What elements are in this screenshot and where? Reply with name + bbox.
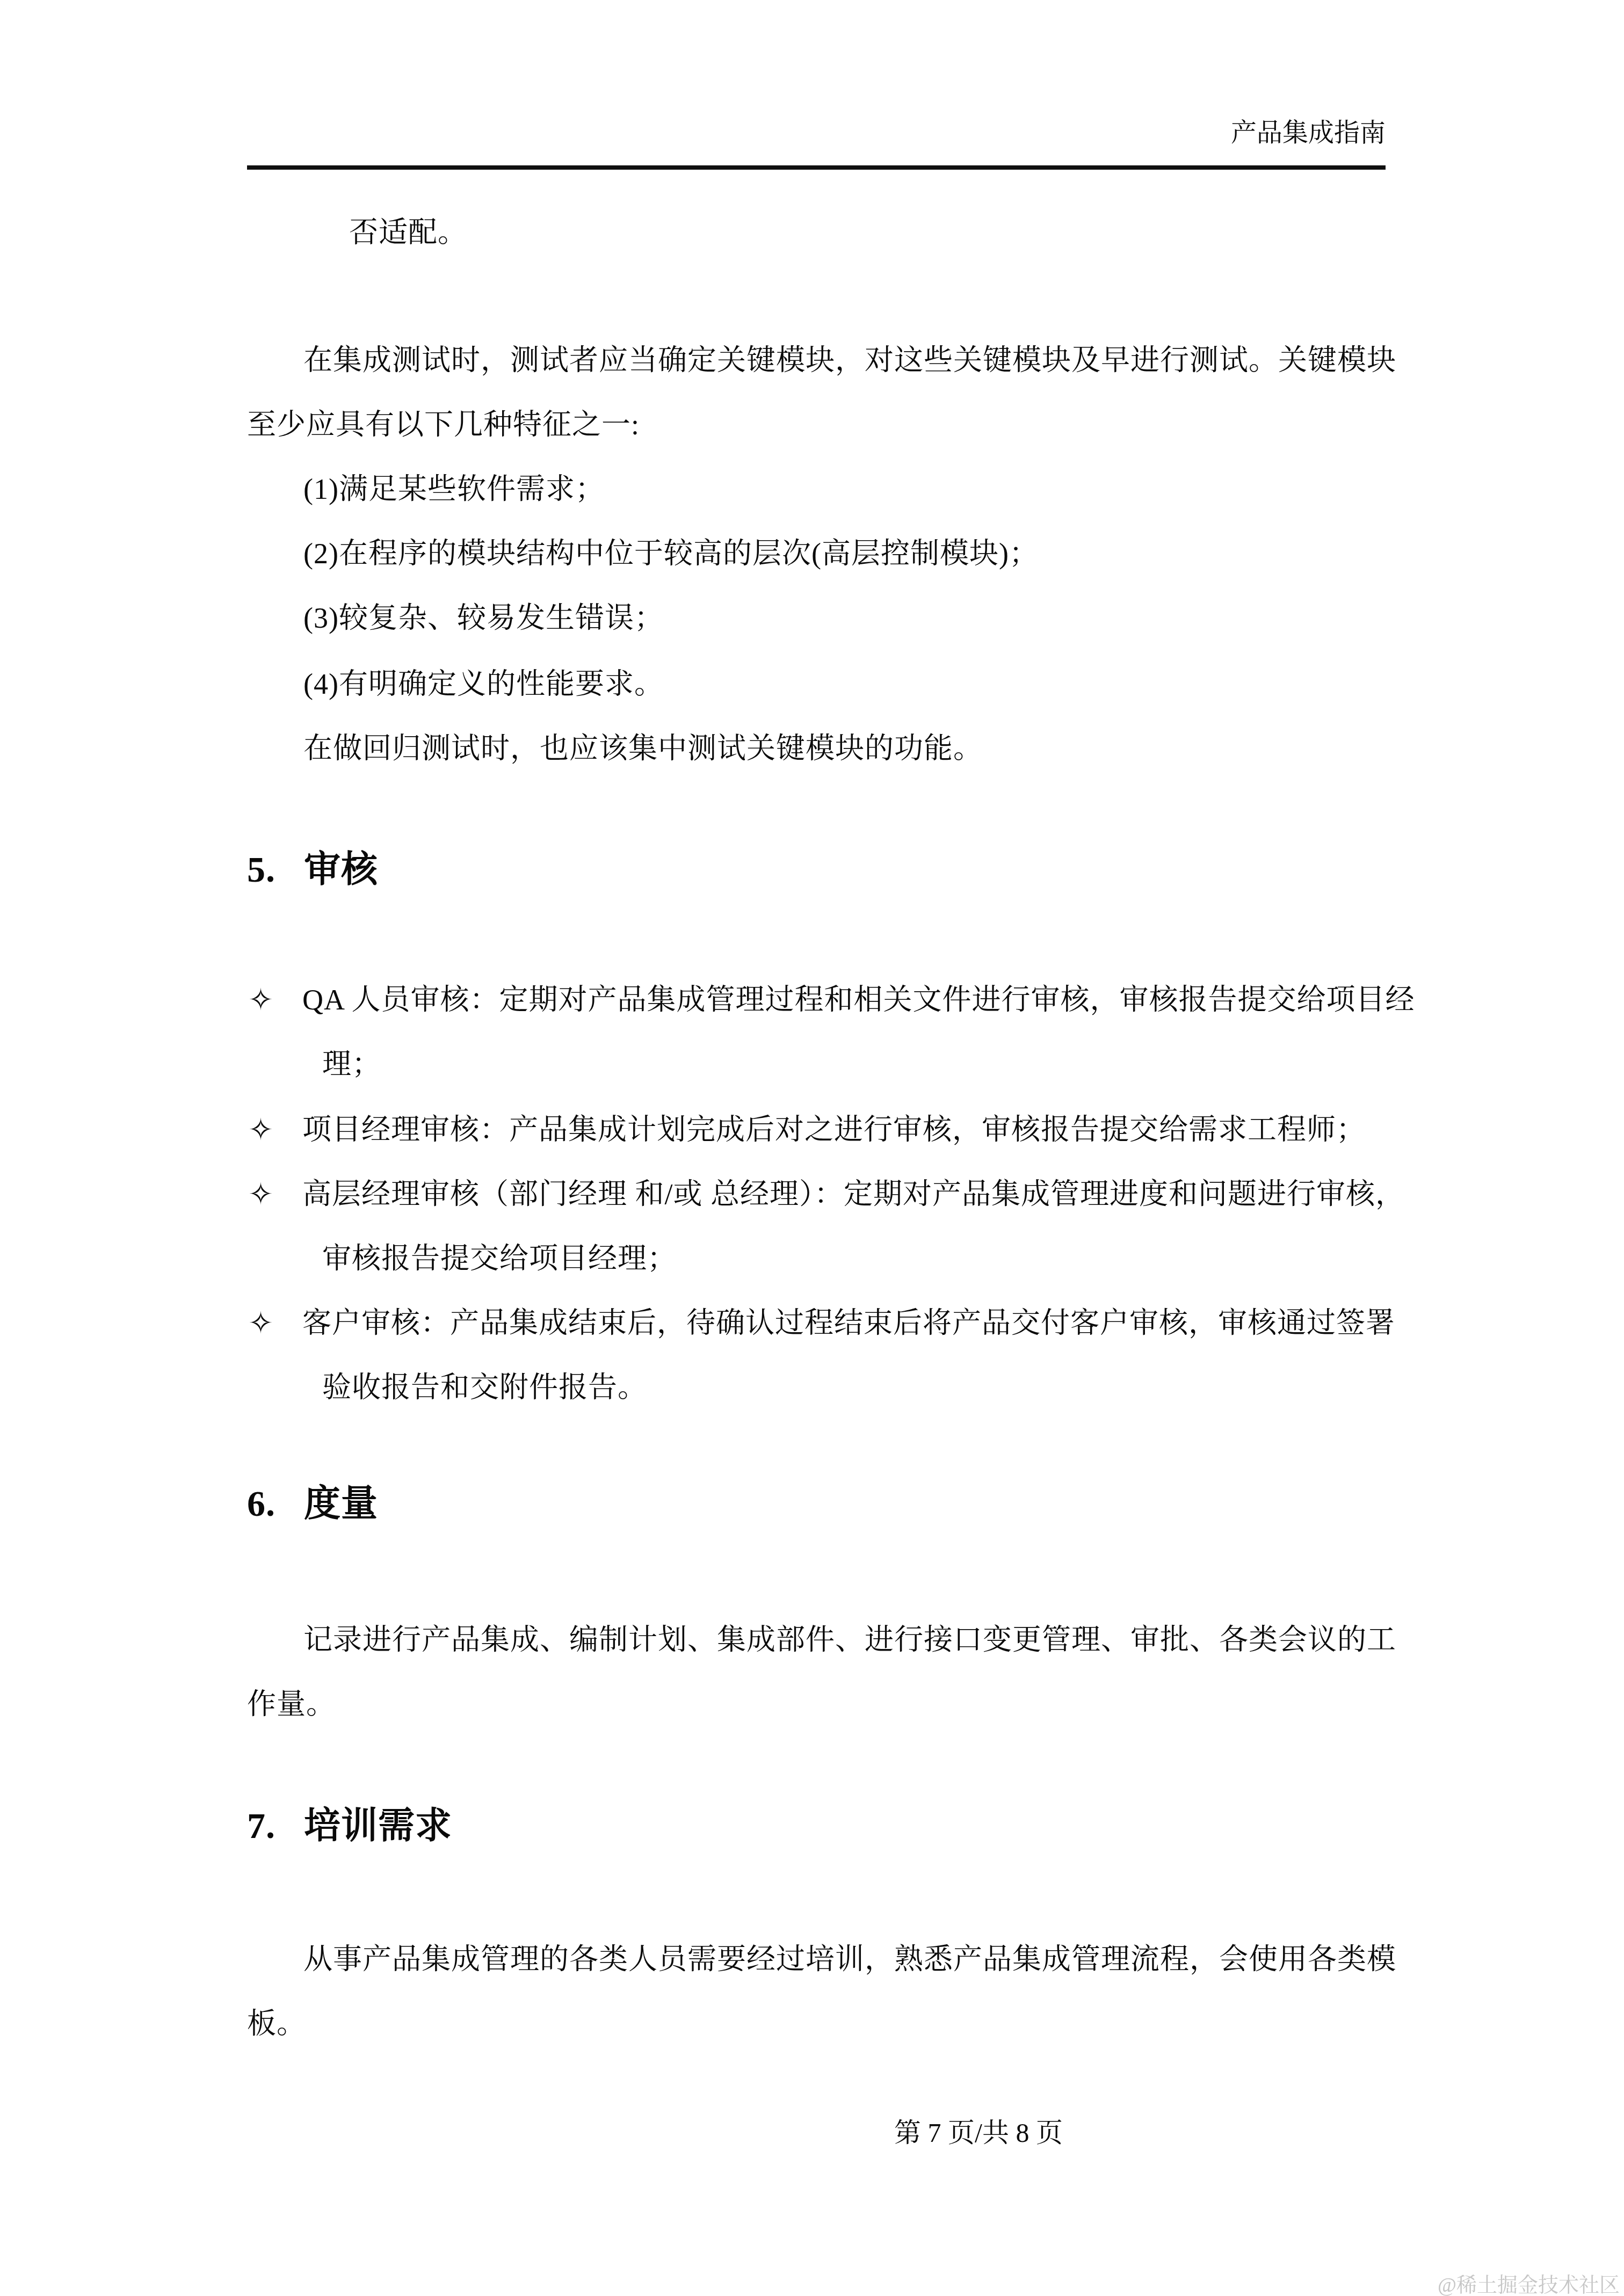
bullet-star-icon: ✧ [248,1179,273,1212]
watermark-text: @稀土掘金技术社区 [1438,2275,1620,2296]
paragraph-critical-line2: 至少应具有以下几种特征之一: [247,408,640,441]
bullet4-line2: 验收报告和交附件报告。 [322,1371,647,1404]
section7-para-line2: 板。 [247,2007,306,2040]
bullet2-line1: 项目经理审核：产品集成计划完成后对之进行审核，审核报告提交给需求工程师； [302,1113,1366,1146]
bullet-star-icon: ✧ [248,984,273,1018]
document-page: 产品集成指南 否适配。 在集成测试时，测试者应当确定关键模块，对这些关键模块及早… [0,0,1624,2296]
section7-para-line1: 从事产品集成管理的各类人员需要经过培训，熟悉产品集成管理流程，会使用各类模 [303,1943,1396,1976]
section5-title: 审核 [304,849,378,890]
section7-number: 7. [247,1806,304,1846]
bullet-star-icon: ✧ [248,1307,273,1341]
paragraph-regression: 在做回归测试时，也应该集中测试关键模块的功能。 [303,732,983,765]
bullet1-line2: 理； [322,1048,381,1081]
bullet3-line2: 审核报告提交给项目经理； [322,1242,677,1275]
footer-page-number: 第 7 页/共 8 页 [894,2118,1063,2148]
section5-heading: 5.审核 [247,849,378,890]
section5-number: 5. [247,849,304,890]
paragraph-carryover: 否适配。 [349,216,467,249]
section7-heading: 7.培训需求 [247,1806,452,1846]
header-rule [247,165,1386,170]
feature-item-3: (3)较复杂、较易发生错误； [303,601,664,635]
section6-title: 度量 [304,1483,378,1524]
feature-item-4: (4)有明确定义的性能要求。 [303,667,664,701]
section6-para-line2: 作量。 [247,1688,336,1721]
bullet3-line1: 高层经理审核（部门经理 和/或 总经理）：定期对产品集成管理进度和问题进行审核， [302,1178,1405,1211]
section6-number: 6. [247,1484,304,1524]
feature-item-1: (1)满足某些软件需求； [303,473,605,506]
page-header-title: 产品集成指南 [849,119,1386,148]
section6-para-line1: 记录进行产品集成、编制计划、集成部件、进行接口变更管理、审批、各类会议的工 [303,1623,1396,1656]
section6-heading: 6.度量 [247,1484,378,1524]
paragraph-critical-line1: 在集成测试时，测试者应当确定关键模块，对这些关键模块及早进行测试。关键模块 [303,344,1396,377]
feature-item-2: (2)在程序的模块结构中位于较高的层次(高层控制模块)； [303,537,1039,570]
bullet1-line1: QA 人员审核：定期对产品集成管理过程和相关文件进行审核，审核报告提交给项目经 [302,983,1415,1016]
bullet-star-icon: ✧ [248,1114,273,1147]
bullet4-line1: 客户审核：产品集成结束后，待确认过程结束后将产品交付客户审核，审核通过签署 [302,1306,1395,1340]
section7-title: 培训需求 [304,1805,452,1846]
